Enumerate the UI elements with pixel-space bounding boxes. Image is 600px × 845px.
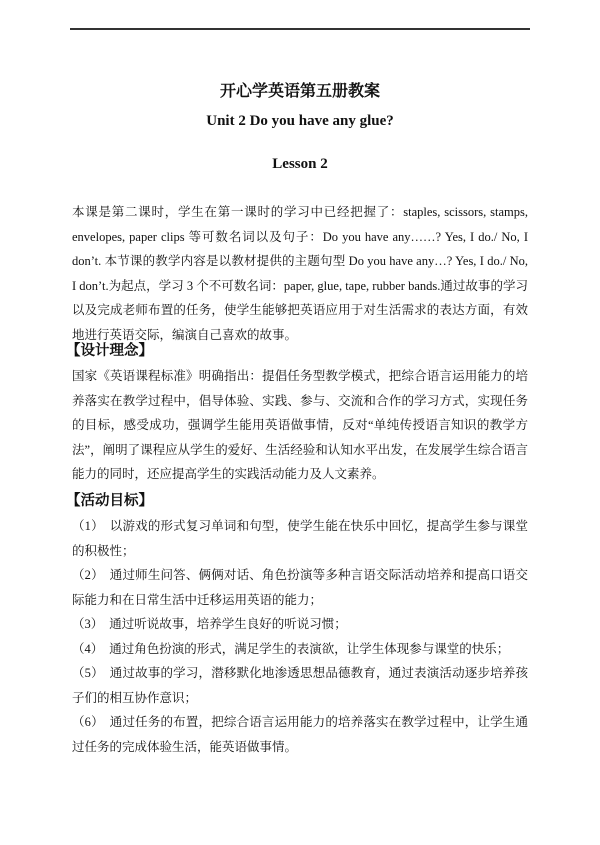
goal-number: （3） <box>72 617 103 631</box>
goal-number: （6） <box>72 715 104 729</box>
design-concept-paragraph: 国家《英语课程标准》明确指出：提倡任务型教学模式，把综合语言运用能力的培养落实在… <box>72 364 528 487</box>
section-heading-design-concept: 【设计理念】 <box>66 339 153 360</box>
lesson-heading: Lesson 2 <box>0 156 600 173</box>
goal-number: （5） <box>72 666 104 680</box>
goal-item: （5）通过故事的学习，潜移默化地渗透思想品德教育，通过表演活动逐步培养孩子们的相… <box>72 661 528 710</box>
goal-text: 通过故事的学习，潜移默化地渗透思想品德教育，通过表演活动逐步培养孩子们的相互协作… <box>72 666 528 705</box>
goal-item: （3）通过听说故事，培养学生良好的听说习惯； <box>72 612 528 637</box>
intro-paragraph: 本课是第二课时，学生在第一课时的学习中已经把握了：staples, scisso… <box>72 200 528 347</box>
goal-text: 通过角色扮演的形式，满足学生的表演欲，让学生体现参与课堂的快乐； <box>109 642 509 656</box>
goal-text: 通过任务的布置，把综合语言运用能力的培养落实在教学过程中，让学生通过任务的完成体… <box>72 715 528 754</box>
activity-goals-list: （1）以游戏的形式复习单词和句型，使学生能在快乐中回忆，提高学生参与课堂的积极性… <box>72 514 528 759</box>
goal-text: 以游戏的形式复习单词和句型，使学生能在快乐中回忆，提高学生参与课堂的积极性； <box>72 519 528 558</box>
document-title: 开心学英语第五册教案 <box>0 78 600 101</box>
goal-item: （1）以游戏的形式复习单词和句型，使学生能在快乐中回忆，提高学生参与课堂的积极性… <box>72 514 528 563</box>
section-heading-activity-goals: 【活动目标】 <box>66 489 153 510</box>
unit-subtitle: Unit 2 Do you have any glue? <box>0 113 600 130</box>
goal-item: （4）通过角色扮演的形式，满足学生的表演欲，让学生体现参与课堂的快乐； <box>72 637 528 662</box>
header-rule <box>70 28 530 30</box>
goal-number: （1） <box>72 519 104 533</box>
goal-text: 通过听说故事，培养学生良好的听说习惯； <box>109 617 347 631</box>
goal-text: 通过师生问答、俩俩对话、角色扮演等多种言语交际活动培养和提高口语交际能力和在日常… <box>72 568 528 607</box>
goal-number: （2） <box>72 568 104 582</box>
goal-item: （6）通过任务的布置，把综合语言运用能力的培养落实在教学过程中，让学生通过任务的… <box>72 710 528 759</box>
goal-item: （2）通过师生问答、俩俩对话、角色扮演等多种言语交际活动培养和提高口语交际能力和… <box>72 563 528 612</box>
goal-number: （4） <box>72 642 103 656</box>
